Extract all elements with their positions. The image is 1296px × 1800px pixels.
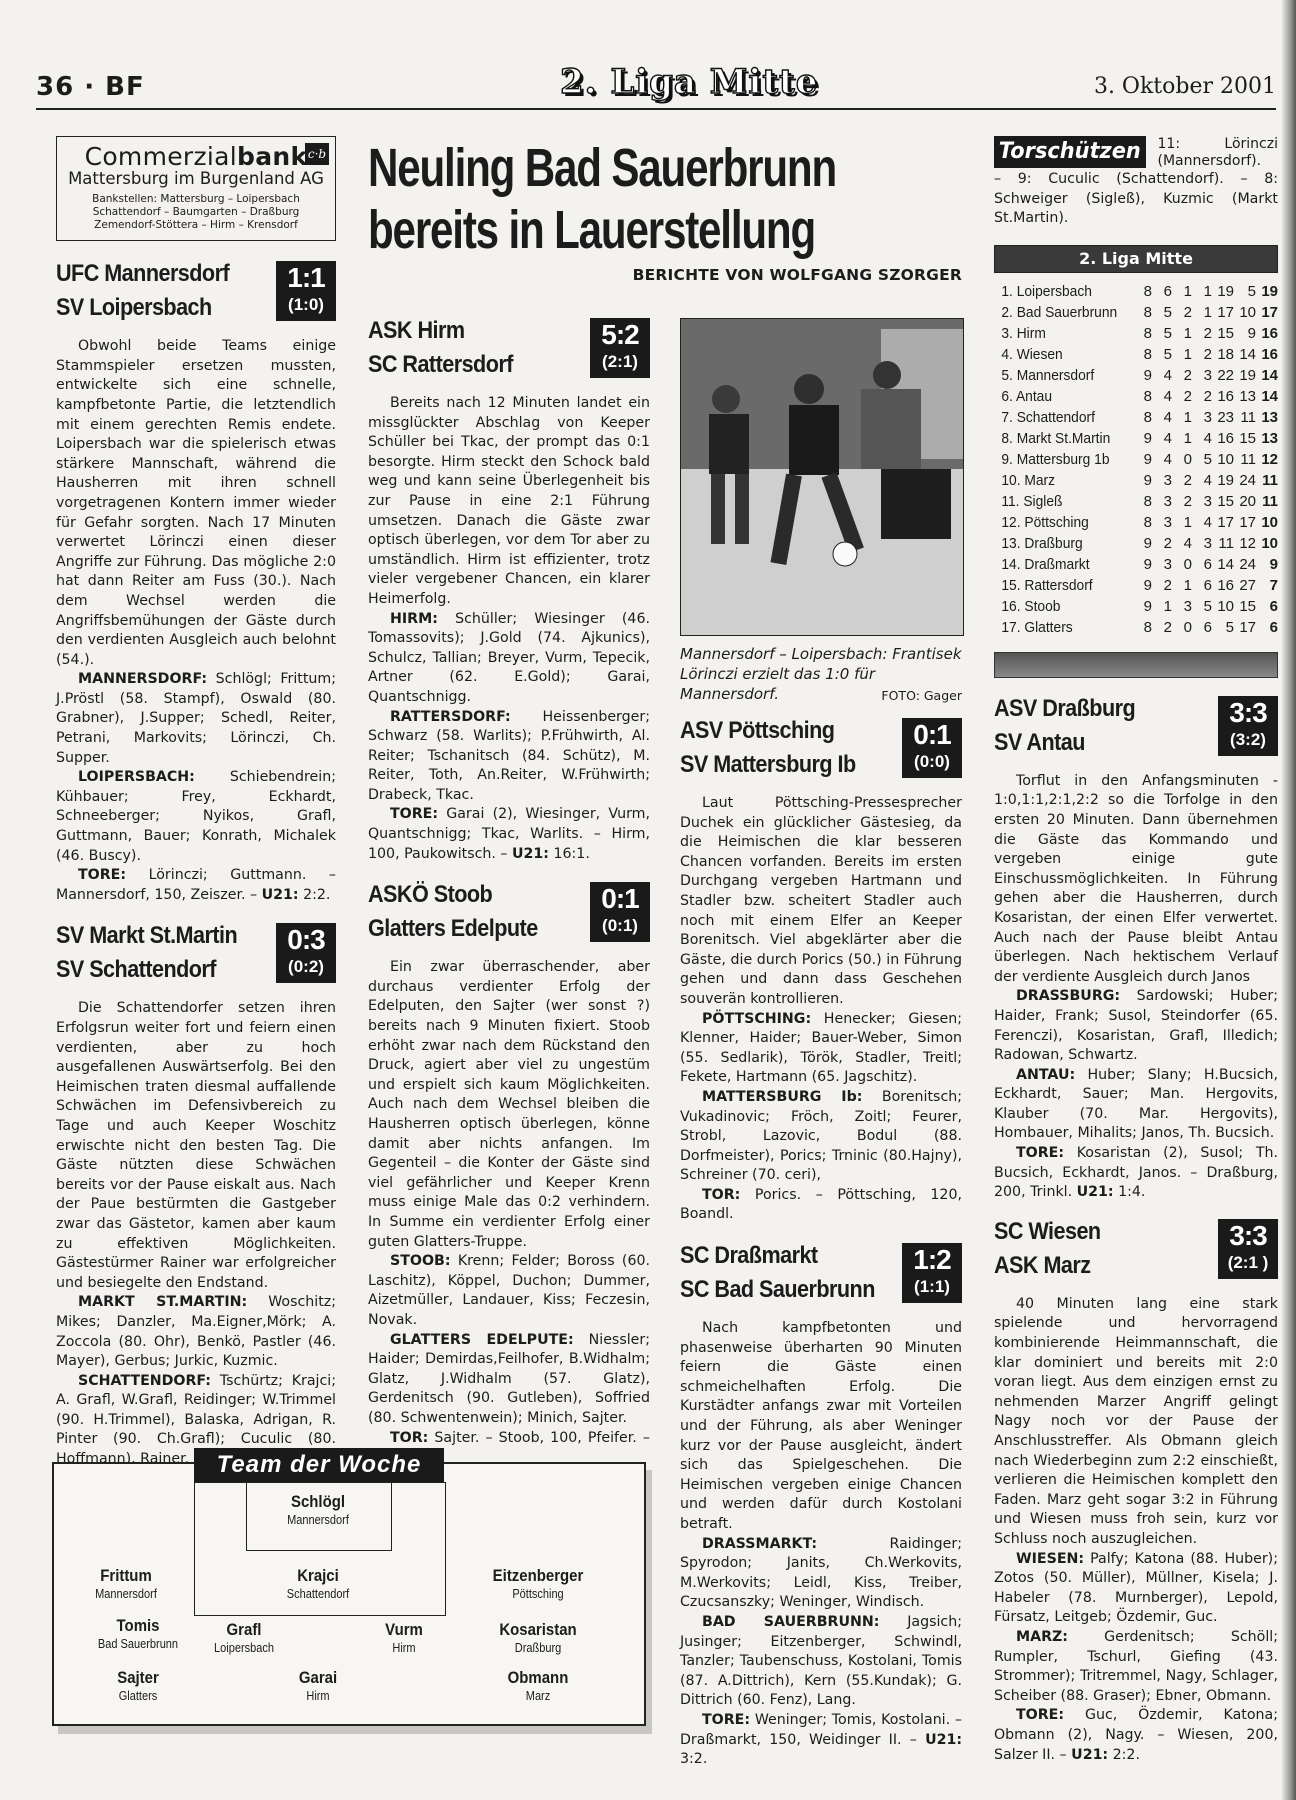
standings-gf: 5 (1212, 617, 1234, 638)
top-scorers-rest: – 9: Cuculic (Schattendorf). – 8: Schwei… (994, 170, 1278, 229)
standings-row: 16. Stoob913510156 (994, 596, 1278, 617)
standings-gp: 8 (1130, 323, 1152, 344)
standings-ga: 12 (1234, 533, 1256, 554)
standings-row: 6. Antau8422161314 (994, 386, 1278, 407)
standings-row: 10. Marz9324192411 (994, 470, 1278, 491)
away-team: Glatters Edelpute (368, 912, 622, 946)
standings-row: 7. Schattendorf8413231113 (994, 407, 1278, 428)
lineup-home: STOOB: Krenn; Felder; Boross (60. Laschi… (368, 1252, 650, 1330)
standings-pts: 14 (1256, 386, 1278, 407)
standings-w: 5 (1152, 323, 1172, 344)
standings-w: 4 (1152, 365, 1172, 386)
standings-pts: 7 (1256, 575, 1278, 596)
section-divider (994, 652, 1278, 678)
home-team: ASV Draßburg (994, 692, 1250, 726)
standings-w: 2 (1152, 575, 1172, 596)
standings-team-cell: 13. Draßburg (994, 533, 1119, 554)
standings-w: 3 (1152, 470, 1172, 491)
standings-gf: 15 (1212, 491, 1234, 512)
standings-d: 1 (1172, 281, 1192, 302)
standings-title: 2. Liga Mitte (994, 245, 1278, 273)
header-rule (36, 108, 1276, 110)
standings-gf: 19 (1212, 470, 1234, 491)
player: GaraiHirm (248, 1668, 388, 1704)
standings-row: 12. Pöttsching8314171710 (994, 512, 1278, 533)
standings-gp: 8 (1130, 344, 1152, 365)
standings-gf: 16 (1212, 428, 1234, 449)
standings-gf: 15 (1212, 323, 1234, 344)
player: KosaristanDraßburg (468, 1620, 608, 1656)
standings-gp: 9 (1130, 554, 1152, 575)
standings-gf: 14 (1212, 554, 1234, 575)
standings-row: 15. Rattersdorf921616277 (994, 575, 1278, 596)
page-binding-edge (1282, 0, 1296, 1800)
match-report: Bereits nach 12 Minuten landet ein missg… (368, 394, 650, 610)
lineup-home: MARKT ST.MARTIN: Woschitz; Mikes; Danzle… (56, 1293, 336, 1371)
standings-d: 0 (1172, 449, 1192, 470)
match-header: SV Markt St.Martin SV Schattendorf 0:3(0… (56, 919, 336, 987)
standings-row: 8. Markt St.Martin9414161513 (994, 428, 1278, 449)
bank-name: Commerzialbank (63, 147, 329, 167)
standings-gf: 18 (1212, 344, 1234, 365)
away-team: ASK Marz (994, 1249, 1250, 1283)
standings-gf: 23 (1212, 407, 1234, 428)
standings-team-cell: 3. Hirm (994, 323, 1119, 344)
standings-pts: 10 (1256, 512, 1278, 533)
match-report: Nach kampfbetonten und phasenweise überh… (680, 1319, 962, 1535)
standings-team-cell: 15. Rattersdorf (994, 575, 1119, 596)
standings-w: 6 (1152, 281, 1172, 302)
match-header: SC Draßmarkt SC Bad Sauerbrunn 1:2(1:1) (680, 1239, 962, 1307)
away-team: SV Loipersbach (56, 291, 308, 325)
standings-ga: 11 (1234, 407, 1256, 428)
lineup-home: WIESEN: Palfy; Katona (88. Huber); Zotos… (994, 1550, 1278, 1628)
standings-ga: 15 (1234, 428, 1256, 449)
team-of-the-week: Team der Woche SchlöglMannersdorf Frittu… (52, 1462, 646, 1726)
standings-l: 3 (1192, 365, 1212, 386)
standings-ga: 10 (1234, 302, 1256, 323)
home-team: SV Markt St.Martin (56, 919, 308, 953)
lineup-away: RATTERSDORF: Heissenberger; Schwarz (58.… (368, 708, 650, 806)
standings-d: 3 (1172, 596, 1192, 617)
standings-d: 0 (1172, 617, 1192, 638)
player: EitzenbergerPöttsching (468, 1566, 608, 1602)
match-header: ASK Hirm SC Rattersdorf 5:2(2:1) (368, 314, 650, 382)
standings-gp: 9 (1130, 533, 1152, 554)
column-1: c·b Commerzialbank Mattersburg im Burgen… (56, 136, 336, 1528)
standings-pts: 9 (1256, 554, 1278, 575)
standings-l: 6 (1192, 575, 1212, 596)
standings-gp: 8 (1130, 302, 1152, 323)
standings-gf: 22 (1212, 365, 1234, 386)
lineup-away: GLATTERS EDELPUTE: Niessler; Haider; Dem… (368, 1331, 650, 1429)
match-report: Torflut in den Anfangsminuten - 1:0,1:1,… (994, 772, 1278, 988)
standings-pts: 17 (1256, 302, 1278, 323)
goals-info: TORE: Lörinczi; Guttmann. – Mannersdorf,… (56, 866, 336, 905)
standings-d: 4 (1172, 533, 1192, 554)
standings-team-cell: 12. Pöttsching (994, 512, 1119, 533)
section-title: 2. Liga Mitte (560, 62, 818, 102)
home-team: ASK Hirm (368, 314, 622, 348)
standings-d: 1 (1172, 344, 1192, 365)
score-badge: 3:3(3:2) (1218, 696, 1278, 756)
match-report: 40 Minuten lang eine stark spielende und… (994, 1295, 1278, 1550)
standings-gp: 8 (1130, 386, 1152, 407)
standings-team-cell: 2. Bad Sauerbrunn (994, 302, 1119, 323)
standings-gp: 9 (1130, 596, 1152, 617)
standings-d: 2 (1172, 470, 1192, 491)
lineup-home: MANNERSDORF: Schlögl; Frittum; J.Pröstl … (56, 670, 336, 768)
standings-team-cell: 4. Wiesen (994, 344, 1119, 365)
headline-block: Neuling Bad Sauerbrunn bereits in Lauers… (368, 134, 962, 288)
standings-gf: 10 (1212, 596, 1234, 617)
standings-l: 4 (1192, 512, 1212, 533)
standings-ga: 13 (1234, 386, 1256, 407)
score-badge: 0:3(0:2) (276, 923, 336, 983)
standings-gp: 9 (1130, 428, 1152, 449)
standings-team-cell: 17. Glatters (994, 617, 1119, 638)
photo-credit: FOTO: Gager (881, 686, 962, 706)
home-team: UFC Mannersdorf (56, 257, 308, 291)
player: GraflLoipersbach (174, 1620, 314, 1656)
standings-team-cell: 7. Schattendorf (994, 407, 1119, 428)
standings-ga: 15 (1234, 596, 1256, 617)
standings-l: 2 (1192, 323, 1212, 344)
standings-pts: 10 (1256, 533, 1278, 554)
away-team: SV Antau (994, 726, 1250, 760)
standings-ga: 11 (1234, 449, 1256, 470)
standings-gp: 9 (1130, 449, 1152, 470)
standings-pts: 13 (1256, 428, 1278, 449)
standings-w: 4 (1152, 407, 1172, 428)
player: ObmannMarz (468, 1668, 608, 1704)
match-header: ASKÖ Stoob Glatters Edelpute 0:1(0:1) (368, 878, 650, 946)
standings-ga: 5 (1234, 281, 1256, 302)
score-badge: 1:2(1:1) (902, 1243, 962, 1303)
match-report: Die Schattendorfer setzen ihren Erfolgsr… (56, 999, 336, 1293)
standings-gf: 16 (1212, 386, 1234, 407)
standings-pts: 16 (1256, 323, 1278, 344)
standings-w: 4 (1152, 449, 1172, 470)
standings-team-cell: 6. Antau (994, 386, 1119, 407)
standings-team-cell: 11. Sigleß (994, 491, 1119, 512)
bank-branches: Bankstellen: Mattersburg – Loipersbach S… (63, 193, 329, 232)
standings-team-cell: 16. Stoob (994, 596, 1119, 617)
standings-team-cell: 9. Mattersburg 1b (994, 449, 1119, 470)
match-header: UFC Mannersdorf SV Loipersbach 1:1(1:0) (56, 257, 336, 325)
standings-w: 3 (1152, 512, 1172, 533)
standings-d: 2 (1172, 491, 1192, 512)
standings-table: 1. Loipersbach8611195192. Bad Sauerbrunn… (994, 281, 1278, 638)
standings-ga: 27 (1234, 575, 1256, 596)
standings-l: 4 (1192, 428, 1212, 449)
standings-d: 1 (1172, 512, 1192, 533)
top-scorers-label: Torschützen (994, 136, 1146, 168)
standings-gp: 8 (1130, 512, 1152, 533)
standings-d: 2 (1172, 365, 1192, 386)
standings-w: 4 (1152, 428, 1172, 449)
column-4: Torschützen 11: Lörinczi (Mannersdorf). … (994, 136, 1278, 1765)
standings-ga: 17 (1234, 617, 1256, 638)
lineup-away: MARZ: Gerdenitsch; Schöll; Rumpler, Tsch… (994, 1628, 1278, 1706)
standings-gf: 11 (1212, 533, 1234, 554)
standings-gf: 17 (1212, 302, 1234, 323)
standings-gp: 8 (1130, 617, 1152, 638)
standings-pts: 19 (1256, 281, 1278, 302)
headline-line-2: bereits in Lauerstellung (368, 200, 831, 260)
standings-d: 1 (1172, 323, 1192, 344)
standings-gp: 8 (1130, 281, 1152, 302)
standings-team-cell: 5. Mannersdorf (994, 365, 1119, 386)
standings-l: 1 (1192, 281, 1212, 302)
score-badge: 1:1(1:0) (276, 261, 336, 321)
match-header: ASV Pöttsching SV Mattersburg Ib 0:1(0:0… (680, 714, 962, 782)
standings-l: 3 (1192, 533, 1212, 554)
standings-row: 17. Glatters82065176 (994, 617, 1278, 638)
standings-l: 5 (1192, 596, 1212, 617)
football-players-photo-icon (681, 319, 963, 635)
top-scorer-first: 11: Lörinczi (Mannersdorf). (1158, 136, 1279, 170)
match-report: Ein zwar überraschender, aber durchaus v… (368, 958, 650, 1252)
lineup-home: HIRM: Schüller; Wiesinger (46. Tomassovi… (368, 610, 650, 708)
standings-d: 0 (1172, 554, 1192, 575)
standings-row: 4. Wiesen8512181416 (994, 344, 1278, 365)
home-team: ASKÖ Stoob (368, 878, 622, 912)
standings-row: 14. Draßmarkt930614249 (994, 554, 1278, 575)
lineup-away: LOIPERSBACH: Schiebendrein; Kühbauer; Fr… (56, 768, 336, 866)
standings-d: 2 (1172, 386, 1192, 407)
match-photo (680, 318, 964, 636)
standings-w: 3 (1152, 491, 1172, 512)
photo-caption: Mannersdorf – Loipersbach: Frantisek Lör… (680, 644, 962, 704)
standings-row: 13. Draßburg9243111210 (994, 533, 1278, 554)
column-2: ASK Hirm SC Rattersdorf 5:2(2:1) Bereits… (368, 310, 650, 1468)
column-3: Mannersdorf – Loipersbach: Frantisek Lör… (680, 318, 962, 1770)
standings-row: 2. Bad Sauerbrunn8521171017 (994, 302, 1278, 323)
score-badge: 5:2(2:1) (590, 318, 650, 378)
standings-row: 11. Sigleß8323152011 (994, 491, 1278, 512)
score-badge: 0:1(0:0) (902, 718, 962, 778)
goals-info: TOR: Porics. – Pöttsching, 120, Boandl. (680, 1186, 962, 1225)
standings-row: 1. Loipersbach861119519 (994, 281, 1278, 302)
standings-team-cell: 1. Loipersbach (994, 281, 1119, 302)
standings-l: 5 (1192, 449, 1212, 470)
standings-pts: 11 (1256, 491, 1278, 512)
lineup-away: MATTERSBURG Ib: Borenitsch; Vukadinovic;… (680, 1088, 962, 1186)
standings-gp: 8 (1130, 407, 1152, 428)
score-badge: 3:3(2:1 ) (1218, 1219, 1278, 1279)
standings-pts: 11 (1256, 470, 1278, 491)
standings-row: 3. Hirm851215916 (994, 323, 1278, 344)
goals-info: TORE: Garai (2), Wiesinger, Vurm, Quants… (368, 805, 650, 864)
standings-l: 3 (1192, 491, 1212, 512)
home-team: SC Draßmarkt (680, 1239, 934, 1273)
standings-ga: 20 (1234, 491, 1256, 512)
away-team: SV Mattersburg Ib (680, 748, 934, 782)
standings-gp: 9 (1130, 575, 1152, 596)
standings-row: 5. Mannersdorf9423221914 (994, 365, 1278, 386)
standings-d: 1 (1172, 575, 1192, 596)
standings-pts: 6 (1256, 596, 1278, 617)
standings-team-cell: 14. Draßmarkt (994, 554, 1119, 575)
standings-l: 2 (1192, 386, 1212, 407)
standings-gp: 9 (1130, 365, 1152, 386)
standings-d: 1 (1172, 407, 1192, 428)
lineup-home: PÖTTSCHING: Henecker; Giesen; Klenner, H… (680, 1010, 962, 1088)
home-team: ASV Pöttsching (680, 714, 934, 748)
player-goalkeeper: SchlöglMannersdorf (248, 1492, 388, 1528)
goals-info: TORE: Kosaristan (2), Susol; Th. Bucsich… (994, 1144, 1278, 1203)
byline: BERICHTE VON WOLFGANG SZORGER (368, 266, 962, 284)
standings-ga: 19 (1234, 365, 1256, 386)
standings-gf: 16 (1212, 575, 1234, 596)
goals-info: TORE: Weninger; Tomis, Kostolani. – Draß… (680, 1711, 962, 1770)
player: KrajciSchattendorf (248, 1566, 388, 1602)
home-team: SC Wiesen (994, 1215, 1250, 1249)
top-scorers: Torschützen 11: Lörinczi (Mannersdorf). (994, 136, 1278, 170)
player: SajterGlatters (68, 1668, 208, 1704)
bank-subtitle: Mattersburg im Burgenland AG (63, 169, 329, 189)
standings-gp: 8 (1130, 491, 1152, 512)
lineup-home: DRASSMARKT: Raidinger; Spyrodon; Janits,… (680, 1535, 962, 1613)
lineup-away: ANTAU: Huber; Slany; H.Bucsich, Eckhardt… (994, 1066, 1278, 1144)
headline-line-1: Neuling Bad Sauerbrunn (368, 138, 831, 198)
standings-ga: 17 (1234, 512, 1256, 533)
match-header: ASV Draßburg SV Antau 3:3(3:2) (994, 692, 1278, 760)
player: VurmHirm (334, 1620, 474, 1656)
standings-team-cell: 10. Marz (994, 470, 1119, 491)
standings-w: 4 (1152, 386, 1172, 407)
team-of-the-week-title: Team der Woche (194, 1448, 444, 1482)
match-report: Laut Pöttsching-Pressesprecher Duchek ei… (680, 794, 962, 1010)
standings-l: 4 (1192, 470, 1212, 491)
away-team: SC Bad Sauerbrunn (680, 1273, 934, 1307)
player: FrittumMannersdorf (56, 1566, 196, 1602)
standings-pts: 12 (1256, 449, 1278, 470)
away-team: SV Schattendorf (56, 953, 308, 987)
standings-gp: 9 (1130, 470, 1152, 491)
issue-date: 3. Oktober 2001 (1094, 74, 1276, 99)
standings-l: 6 (1192, 617, 1212, 638)
standings-ga: 9 (1234, 323, 1256, 344)
score-badge: 0:1(0:1) (590, 882, 650, 942)
standings-gf: 10 (1212, 449, 1234, 470)
standings-ga: 14 (1234, 344, 1256, 365)
standings-l: 3 (1192, 407, 1212, 428)
standings-row: 9. Mattersburg 1b9405101112 (994, 449, 1278, 470)
standings-w: 5 (1152, 302, 1172, 323)
standings-pts: 6 (1256, 617, 1278, 638)
standings-ga: 24 (1234, 554, 1256, 575)
standings-l: 6 (1192, 554, 1212, 575)
standings-w: 3 (1152, 554, 1172, 575)
bank-advertisement: c·b Commerzialbank Mattersburg im Burgen… (56, 136, 336, 241)
standings-gf: 17 (1212, 512, 1234, 533)
standings-ga: 24 (1234, 470, 1256, 491)
page-number: 36 · BF (36, 72, 145, 102)
standings-pts: 14 (1256, 365, 1278, 386)
lineup-away: BAD SAUERBRUNN: Jagsich; Jusinger; Eitze… (680, 1613, 962, 1711)
standings-w: 1 (1152, 596, 1172, 617)
standings-gf: 19 (1212, 281, 1234, 302)
goals-info: TORE: Guc, Özdemir, Katona; Obmann (2), … (994, 1706, 1278, 1765)
standings-l: 2 (1192, 344, 1212, 365)
standings-pts: 13 (1256, 407, 1278, 428)
standings-l: 1 (1192, 302, 1212, 323)
lineup-home: DRASSBURG: Sardowski; Huber; Haider, Fra… (994, 987, 1278, 1065)
standings-w: 2 (1152, 533, 1172, 554)
match-report: Obwohl beide Teams einige Stammspieler e… (56, 337, 336, 670)
standings-d: 2 (1172, 302, 1192, 323)
standings-team-cell: 8. Markt St.Martin (994, 428, 1119, 449)
standings-d: 1 (1172, 428, 1192, 449)
standings-w: 5 (1152, 344, 1172, 365)
bank-logo-icon: c·b (305, 143, 329, 165)
away-team: SC Rattersdorf (368, 348, 622, 382)
standings-pts: 16 (1256, 344, 1278, 365)
match-header: SC Wiesen ASK Marz 3:3(2:1 ) (994, 1215, 1278, 1283)
standings-w: 2 (1152, 617, 1172, 638)
